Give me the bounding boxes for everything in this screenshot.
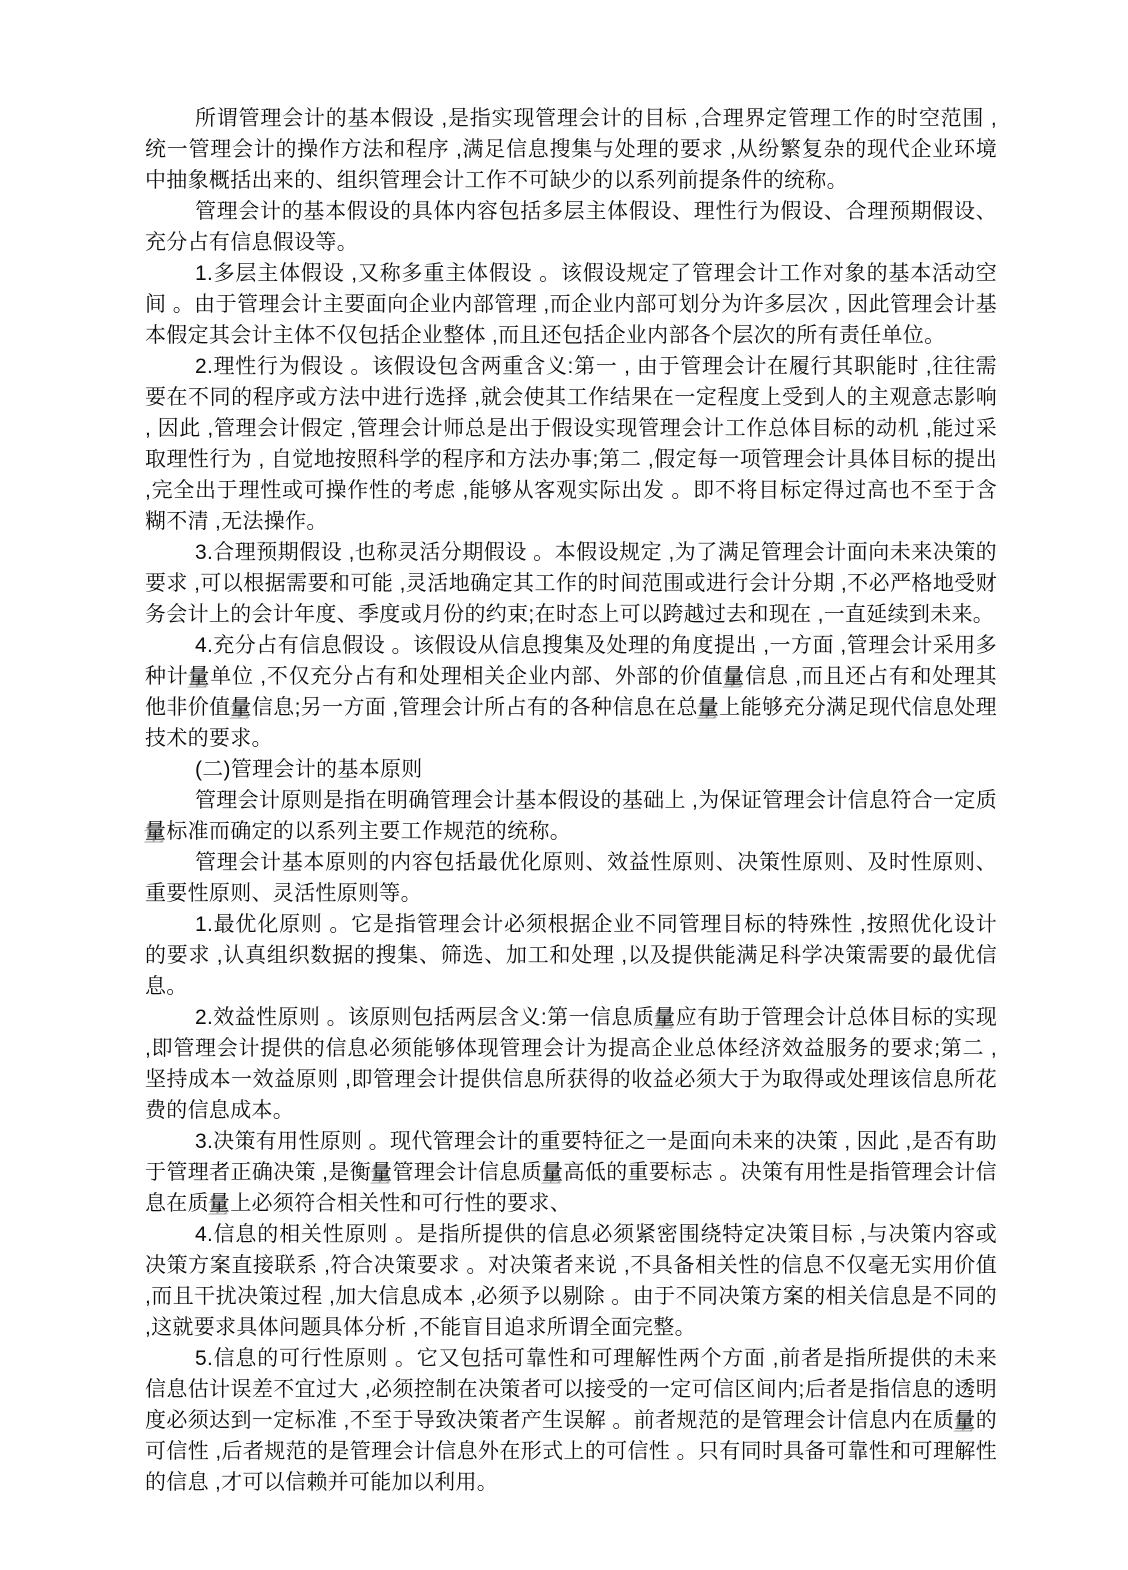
shadowed-glyph: 量 xyxy=(954,1409,975,1432)
shadowed-glyph: 量 xyxy=(542,1161,563,1184)
paragraph-assumption-4: 4.充分占有信息假设 。该假设从信息搜集及处理的角度提出 ,一方面 ,管理会计采… xyxy=(145,630,997,754)
section-heading-basic-principles: (二)管理会计的基本原则 xyxy=(145,754,997,785)
paragraph-assumption-2: 2.理性行为假设 。该假设包含两重含义:第一 , 由于管理会计在履行其职能时 ,… xyxy=(145,351,997,537)
paragraph-principle-1: 1.最优化原则 。它是指管理会计必须根据企业不同管理目标的特殊性 ,按照优化设计… xyxy=(145,909,997,1002)
shadowed-glyph: 量 xyxy=(654,1006,675,1029)
paragraph-assumption-3: 3.合理预期假设 ,也称灵活分期假设 。本假设规定 ,为了满足管理会计面向未来决… xyxy=(145,537,997,630)
paragraph-principles-list: 管理会计基本原则的内容包括最优化原则、效益性原则、决策性原则、及时性原则、重要性… xyxy=(145,847,997,909)
paragraph-principles-definition: 管理会计原则是指在明确管理会计基本假设的基础上 ,为保证管理会计信息符合一定质量… xyxy=(145,785,997,847)
shadowed-glyph: 量 xyxy=(145,820,166,843)
paragraph-principle-4: 4.信息的相关性原则 。是指所提供的信息必须紧密围绕特定决策目标 ,与决策内容或… xyxy=(145,1219,997,1343)
paragraph-principle-3: 3.决策有用性原则 。现代管理会计的重要特征之一是面向未来的决策 , 因此 ,是… xyxy=(145,1126,997,1219)
paragraph-intro-assumptions: 所谓管理会计的基本假设 ,是指实现管理会计的目标 ,合理界定管理工作的时空范围 … xyxy=(145,103,997,196)
paragraph-principle-5: 5.信息的可行性原则 。它又包括可靠性和可理解性两个方面 ,前者是指所提供的未来… xyxy=(145,1343,997,1498)
shadowed-glyph: 量 xyxy=(188,665,210,688)
paragraph-assumption-1: 1.多层主体假设 ,又称多重主体假设 。该假设规定了管理会计工作对象的基本活动空… xyxy=(145,258,997,351)
text-content: 所谓管理会计的基本假设 ,是指实现管理会计的目标 ,合理界定管理工作的时空范围 … xyxy=(145,103,997,1498)
shadowed-glyph: 量 xyxy=(698,696,719,719)
shadowed-glyph: 量 xyxy=(723,665,745,688)
shadowed-glyph: 量 xyxy=(371,1161,392,1184)
document-page: 所谓管理会计的基本假设 ,是指实现管理会计的目标 ,合理界定管理工作的时空范围 … xyxy=(0,0,1128,1570)
shadowed-glyph: 量 xyxy=(209,1192,230,1215)
shadowed-glyph: 量 xyxy=(230,696,251,719)
paragraph-assumption-list: 管理会计的基本假设的具体内容包括多层主体假设、理性行为假设、合理预期假设、充分占… xyxy=(145,196,997,258)
paragraph-principle-2: 2.效益性原则 。该原则包括两层含义:第一信息质量应有助于管理会计总体目标的实现… xyxy=(145,1002,997,1126)
